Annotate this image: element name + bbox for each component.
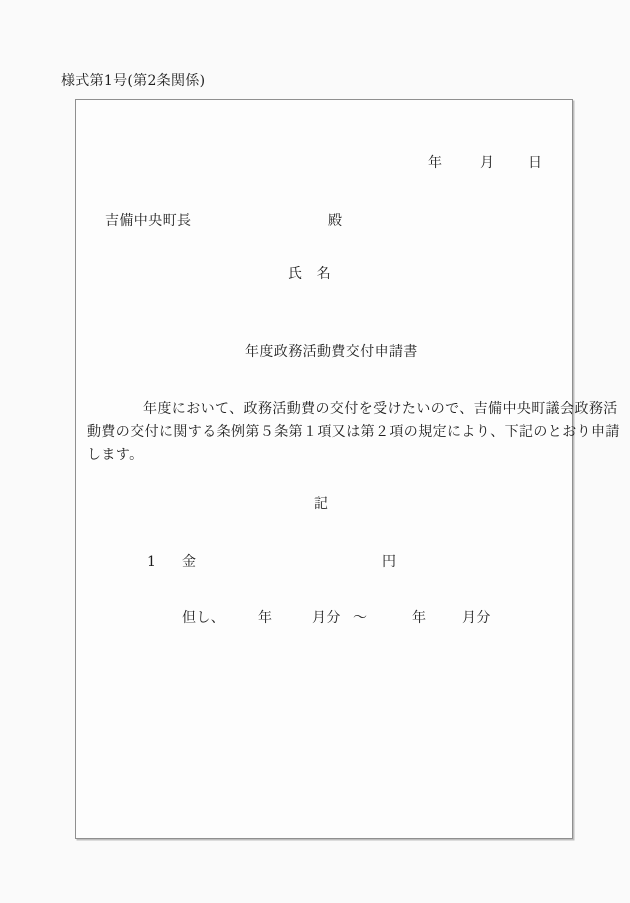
body-paragraph-line: します。 — [87, 448, 143, 463]
addressee-title: 吉備中央町長 — [105, 214, 191, 229]
period-however-label: 但し、 — [182, 611, 225, 626]
period-range-tilde: ～ — [353, 611, 367, 626]
period-from-month: 月分 — [312, 611, 341, 626]
period-to-year: 年 — [412, 611, 426, 626]
name-field-label: 氏 名 — [288, 267, 331, 282]
document-border-box: 年 月 日 吉備中央町長 殿 氏 名 年度政務活動費交付申請書 年度において、政… — [75, 99, 573, 839]
form-number-label: 様式第1号(第2条関係) — [61, 70, 205, 90]
date-year-label: 年 — [428, 156, 442, 171]
date-day-label: 日 — [528, 156, 542, 171]
note-marker: 記 — [314, 497, 328, 512]
document-title: 年度政務活動費交付申請書 — [245, 345, 418, 360]
amount-currency-unit: 円 — [382, 555, 396, 570]
document-page: { "form": { "label": "様式第1号(第2条関係)", "da… — [0, 0, 630, 903]
period-to-month: 月分 — [462, 611, 491, 626]
amount-item-number: 1 — [147, 555, 156, 570]
body-paragraph-line: 動費の交付に関する条例第５条第１項又は第２項の規定により、下記のとおり申請 — [87, 425, 620, 440]
body-paragraph-line: 年度において、政務活動費の交付を受けたいので、吉備中央町議会政務活 — [143, 402, 618, 417]
period-from-year: 年 — [258, 611, 272, 626]
date-month-label: 月 — [480, 156, 494, 171]
addressee-honorific: 殿 — [328, 214, 342, 229]
amount-currency-prefix: 金 — [182, 555, 196, 570]
